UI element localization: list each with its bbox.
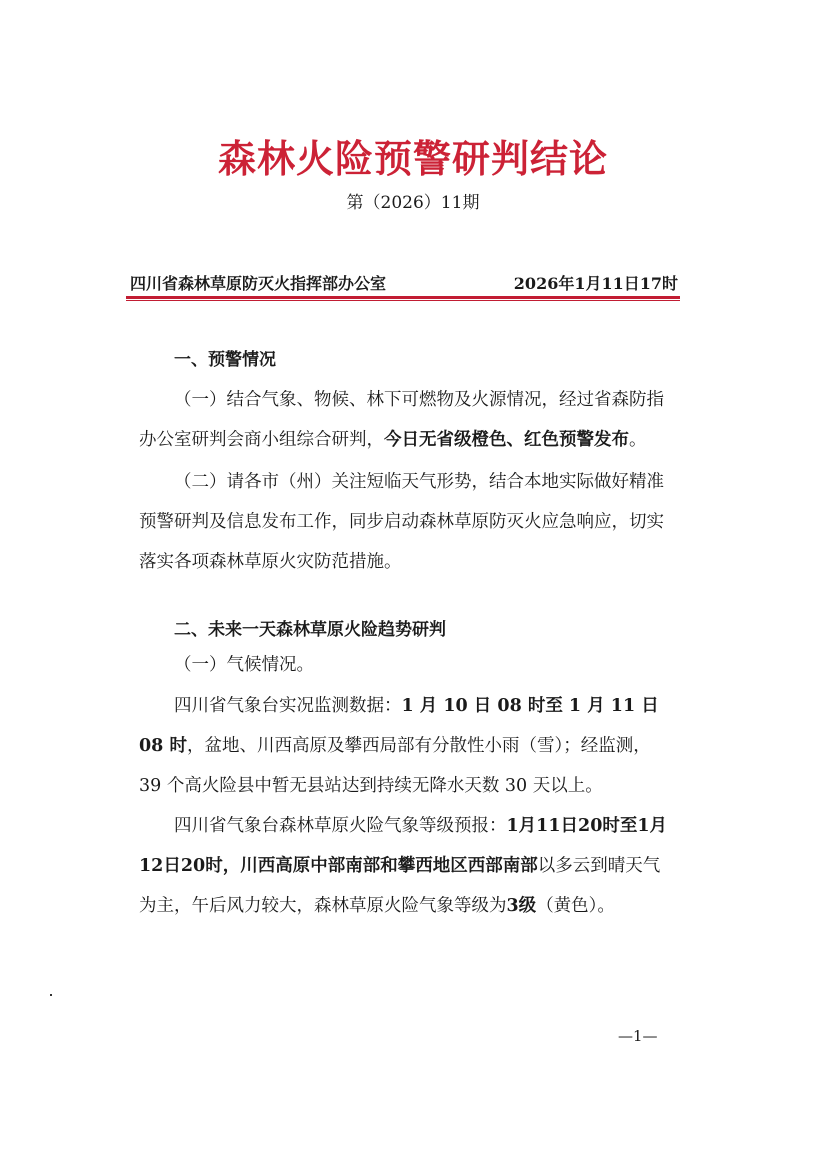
section-heading: 二、未来一天森林草原火险趋势研判 <box>139 610 669 650</box>
header-rule <box>126 296 680 301</box>
section-heading: 一、预警情况 <box>139 340 669 380</box>
paragraph: （二）请各市（州）关注短临天气形势，结合本地实际做好精准预警研判及信息发布工作，… <box>139 462 669 582</box>
section-1: 一、预警情况 （一）结合气象、物候、林下可燃物及火源情况，经过省森防指办公室研判… <box>139 340 669 582</box>
subheading: （一）气候情况。 <box>139 650 669 680</box>
scan-speck <box>50 994 52 996</box>
section-2: 二、未来一天森林草原火险趋势研判 （一）气候情况。 四川省气象台实况监测数据：1… <box>139 610 669 926</box>
document-meta: 四川省森林草原防灭火指挥部办公室 2026年1月11日17时 <box>130 271 678 294</box>
issuer: 四川省森林草原防灭火指挥部办公室 <box>130 271 386 294</box>
issue-datetime: 2026年1月11日17时 <box>514 271 678 294</box>
document-title: 森林火险预警研判结论 <box>0 128 826 183</box>
paragraph: 四川省气象台实况监测数据：1 月 10 日 08 时至 1 月 11 日 08 … <box>139 686 669 806</box>
document-page: 森林火险预警研判结论 第（2026）11期 四川省森林草原防灭火指挥部办公室 2… <box>0 0 826 1169</box>
paragraph: 四川省气象台森林草原火险气象等级预报：1月11日20时至1月12日20时，川西高… <box>139 806 669 926</box>
paragraph: （一）结合气象、物候、林下可燃物及火源情况，经过省森防指办公室研判会商小组综合研… <box>139 380 669 460</box>
issue-number: 第（2026）11期 <box>0 188 826 213</box>
page-number: —1— <box>618 1027 658 1045</box>
